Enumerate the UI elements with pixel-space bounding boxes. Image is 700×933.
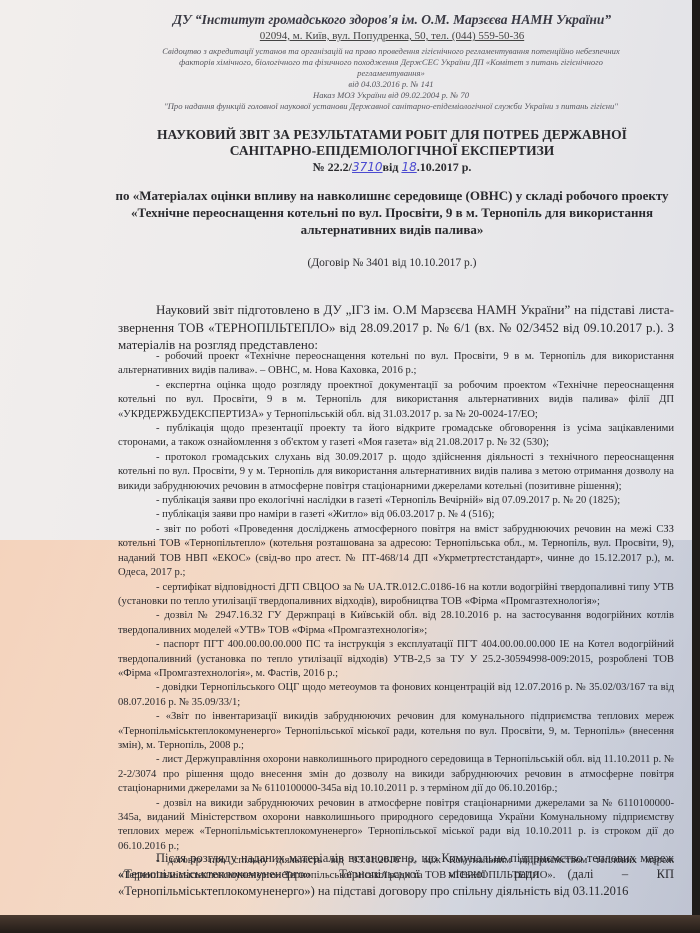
cert-line: факторів хімічного, біологічного та фізи… [108,57,674,68]
institution-name: ДУ “Інститут громадського здоров'я ім. О… [112,12,672,28]
list-item: - публікація щодо презентації проекту та… [118,422,674,451]
contract-reference: (Договір № 3401 від 10.10.2017 р.) [112,257,672,269]
report-title-line1: НАУКОВИЙ ЗВІТ ЗА РЕЗУЛЬТАТАМИ РОБІТ ДЛЯ … [112,127,672,143]
list-item: - робочий проект «Технічне переоснащення… [118,350,674,379]
report-title: НАУКОВИЙ ЗВІТ ЗА РЕЗУЛЬТАТАМИ РОБІТ ДЛЯ … [112,127,672,159]
date-suffix: .10.2017 р. [417,160,472,174]
list-item: - довідки Тернопільського ОЦГ щодо метео… [118,681,674,710]
number-prefix: № 22.2/ [313,160,352,174]
list-item: - публікація заяви про наміри в газеті «… [118,508,674,522]
cert-line: від 04.03.2016 р. № 141 [108,79,674,90]
list-item: - протокол громадських слухань від 30.09… [118,451,674,494]
date-prefix: від [383,160,402,174]
report-title-line2: САНІТАРНО-ЕПІДЕМІОЛОГІЧНОЇ ЕКСПЕРТИЗИ [112,143,672,159]
background-bottom [0,915,700,933]
handwritten-day: 18 [401,160,416,174]
intro-paragraph: Науковий звіт підготовлено в ДУ „ІГЗ ім.… [118,301,674,354]
list-item: - паспорт ПГТ 400.00.00.00.000 ПС та інс… [118,638,674,681]
cert-line: Свідоцтво з акредитації установ та орган… [108,46,674,57]
list-item: - дозвіл № 2947.16.32 ГУ Держпраці в Киї… [118,609,674,638]
list-item: - публікація заяви про екологічні наслід… [118,494,674,508]
report-subject: по «Матеріалах оцінки впливу на навколиш… [112,187,672,238]
conclusion-paragraph: Після розгляду наданих матеріалів встано… [118,850,674,900]
materials-list: - робочий проект «Технічне переоснащення… [118,350,674,883]
document-page: ДУ “Інститут громадського здоров'я ім. О… [0,0,700,915]
accreditation-block: Свідоцтво з акредитації установ та орган… [108,46,674,112]
handwritten-number: 3710 [352,160,383,174]
list-item: - лист Держуправління охорони навколишнь… [118,753,674,796]
list-item: - «Звіт по інвентаризації викидів забруд… [118,710,674,753]
cert-line: "Про надання функцій головної наукової у… [108,101,674,112]
cert-line: регламентування» [108,68,674,79]
institution-address: 02094, м. Київ, вул. Попудренка, 50, тел… [112,30,672,42]
background-edge [692,0,700,933]
report-number: № 22.2/3710від 18.10.2017 р. [112,160,672,175]
cert-line: Наказ МОЗ України від 09.02.2004 р. № 70 [108,90,674,101]
list-item: - звіт по роботі «Проведення досліджень … [118,523,674,581]
list-item: - сертифікат відповідності ДГП СВЦОО за … [118,581,674,610]
list-item: - дозвіл на викиди забруднюючих речовин … [118,797,674,855]
list-item: - експертна оцінка щодо розгляду проектн… [118,379,674,422]
